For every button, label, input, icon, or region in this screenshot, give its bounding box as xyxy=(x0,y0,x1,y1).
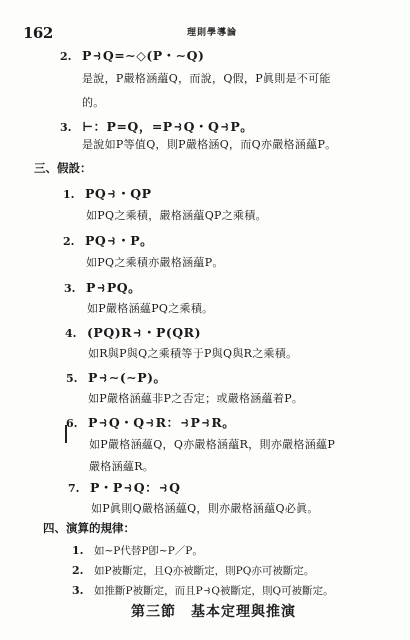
formula: (PQ)R⥽・P(QR) xyxy=(87,325,201,340)
rule-text: 如P被斷定，且Q亦被斷定，則PQ亦可被斷定。 xyxy=(94,565,314,577)
formula: PQ⥽・P。 xyxy=(85,233,153,248)
item-number: 2. xyxy=(72,564,94,577)
rule-line: 2.如P被斷定，且Q亦被斷定，則PQ亦可被斷定。 xyxy=(72,563,314,578)
item-number: 2. xyxy=(63,235,85,248)
item-number: 7. xyxy=(68,482,90,495)
section-heading: 四、演算的規律： xyxy=(43,520,135,536)
rule-line: 1.如∼P代替P卽∼P／P。 xyxy=(72,543,203,558)
explanation-line: 嚴格涵蘊R。 xyxy=(89,458,154,474)
formula-line: 6.P⥽Q・Q⥽R：⥽P⥽R。 xyxy=(66,412,235,431)
section-title: 第三節 基本定理與推演 xyxy=(131,601,296,621)
explanation-line: 如PQ之乘積亦嚴格涵蘊P。 xyxy=(86,254,224,270)
formula-line: 4.(PQ)R⥽・P(QR) xyxy=(65,322,201,341)
item-number: 2. xyxy=(60,50,82,63)
rule-line: 3.如推斷P被斷定，而且P⥽Q被斷定，則Q可被斷定。 xyxy=(72,583,334,598)
explanation-line: 如P嚴格涵蘊非P之否定；或嚴格涵蘊着P。 xyxy=(88,390,303,406)
formula-line: 7.P・P⥽Q：⥽Q xyxy=(68,477,181,496)
formula-line: 5.P⥽∼(∼P)。 xyxy=(66,367,167,386)
item-number: 4. xyxy=(65,327,87,340)
formula: P⥽Q・Q⥽R：⥽P⥽R。 xyxy=(88,415,235,430)
explanation-line: 如R與P與Q之乘積等于P與Q與R之乘積。 xyxy=(88,345,297,361)
explanation-line: 如P嚴格涵蘊PQ之乘積。 xyxy=(87,300,213,316)
margin-mark xyxy=(65,425,67,443)
formula-line: 3.P⥽PQ。 xyxy=(64,277,141,296)
explanation-line: 如P嚴格涵蘊Q，Q亦嚴格涵蘊R，則亦嚴格涵蘊P xyxy=(89,436,335,452)
item-number: 3. xyxy=(72,584,94,597)
formula: P⥽∼(∼P)。 xyxy=(88,370,167,385)
section-heading: 三、假設： xyxy=(34,160,92,176)
rule-text: 如推斷P被斷定，而且P⥽Q被斷定，則Q可被斷定。 xyxy=(94,585,334,597)
formula: P⥽Q=∼◇(P・∼Q) xyxy=(82,48,204,63)
formula-line: 3.⊢：P=Q，=P⥽Q・Q⥽P。 xyxy=(60,116,253,135)
formula: P・P⥽Q：⥽Q xyxy=(90,480,181,495)
formula-line: 2.P⥽Q=∼◇(P・∼Q) xyxy=(60,45,204,64)
explanation-line: 是說如P等值Q，則P嚴格涵Q，而Q亦嚴格涵蘊P。 xyxy=(82,136,336,152)
item-number: 1. xyxy=(63,188,85,201)
explanation-line: 如P眞則Q嚴格涵蘊Q，則亦嚴格涵蘊Q必眞。 xyxy=(91,500,319,516)
running-header: 理則學導論 xyxy=(187,25,237,38)
formula: P⥽PQ。 xyxy=(86,280,141,295)
explanation-line: 的。 xyxy=(82,94,105,110)
document-page: 162 理則學導論 2.P⥽Q=∼◇(P・∼Q) 是說，P嚴格涵蘊Q，而說，Q假… xyxy=(0,0,410,640)
formula-line: 1.PQ⥽・QP xyxy=(63,183,152,202)
item-number: 1. xyxy=(72,544,94,557)
formula: PQ⥽・QP xyxy=(85,186,152,201)
formula-line: 2.PQ⥽・P。 xyxy=(63,230,153,249)
explanation-line: 如PQ之乘積，嚴格涵蘊QP之乘積。 xyxy=(86,207,267,223)
page-number: 162 xyxy=(23,24,53,42)
item-number: 5. xyxy=(66,372,88,385)
explanation-line: 是說，P嚴格涵蘊Q，而說，Q假，P眞則是不可能 xyxy=(82,70,331,86)
rule-text: 如∼P代替P卽∼P／P。 xyxy=(94,545,203,557)
item-number: 6. xyxy=(66,417,88,430)
item-number: 3. xyxy=(64,282,86,295)
item-number: 3. xyxy=(60,121,82,134)
formula: ⊢：P=Q，=P⥽Q・Q⥽P。 xyxy=(82,119,253,134)
